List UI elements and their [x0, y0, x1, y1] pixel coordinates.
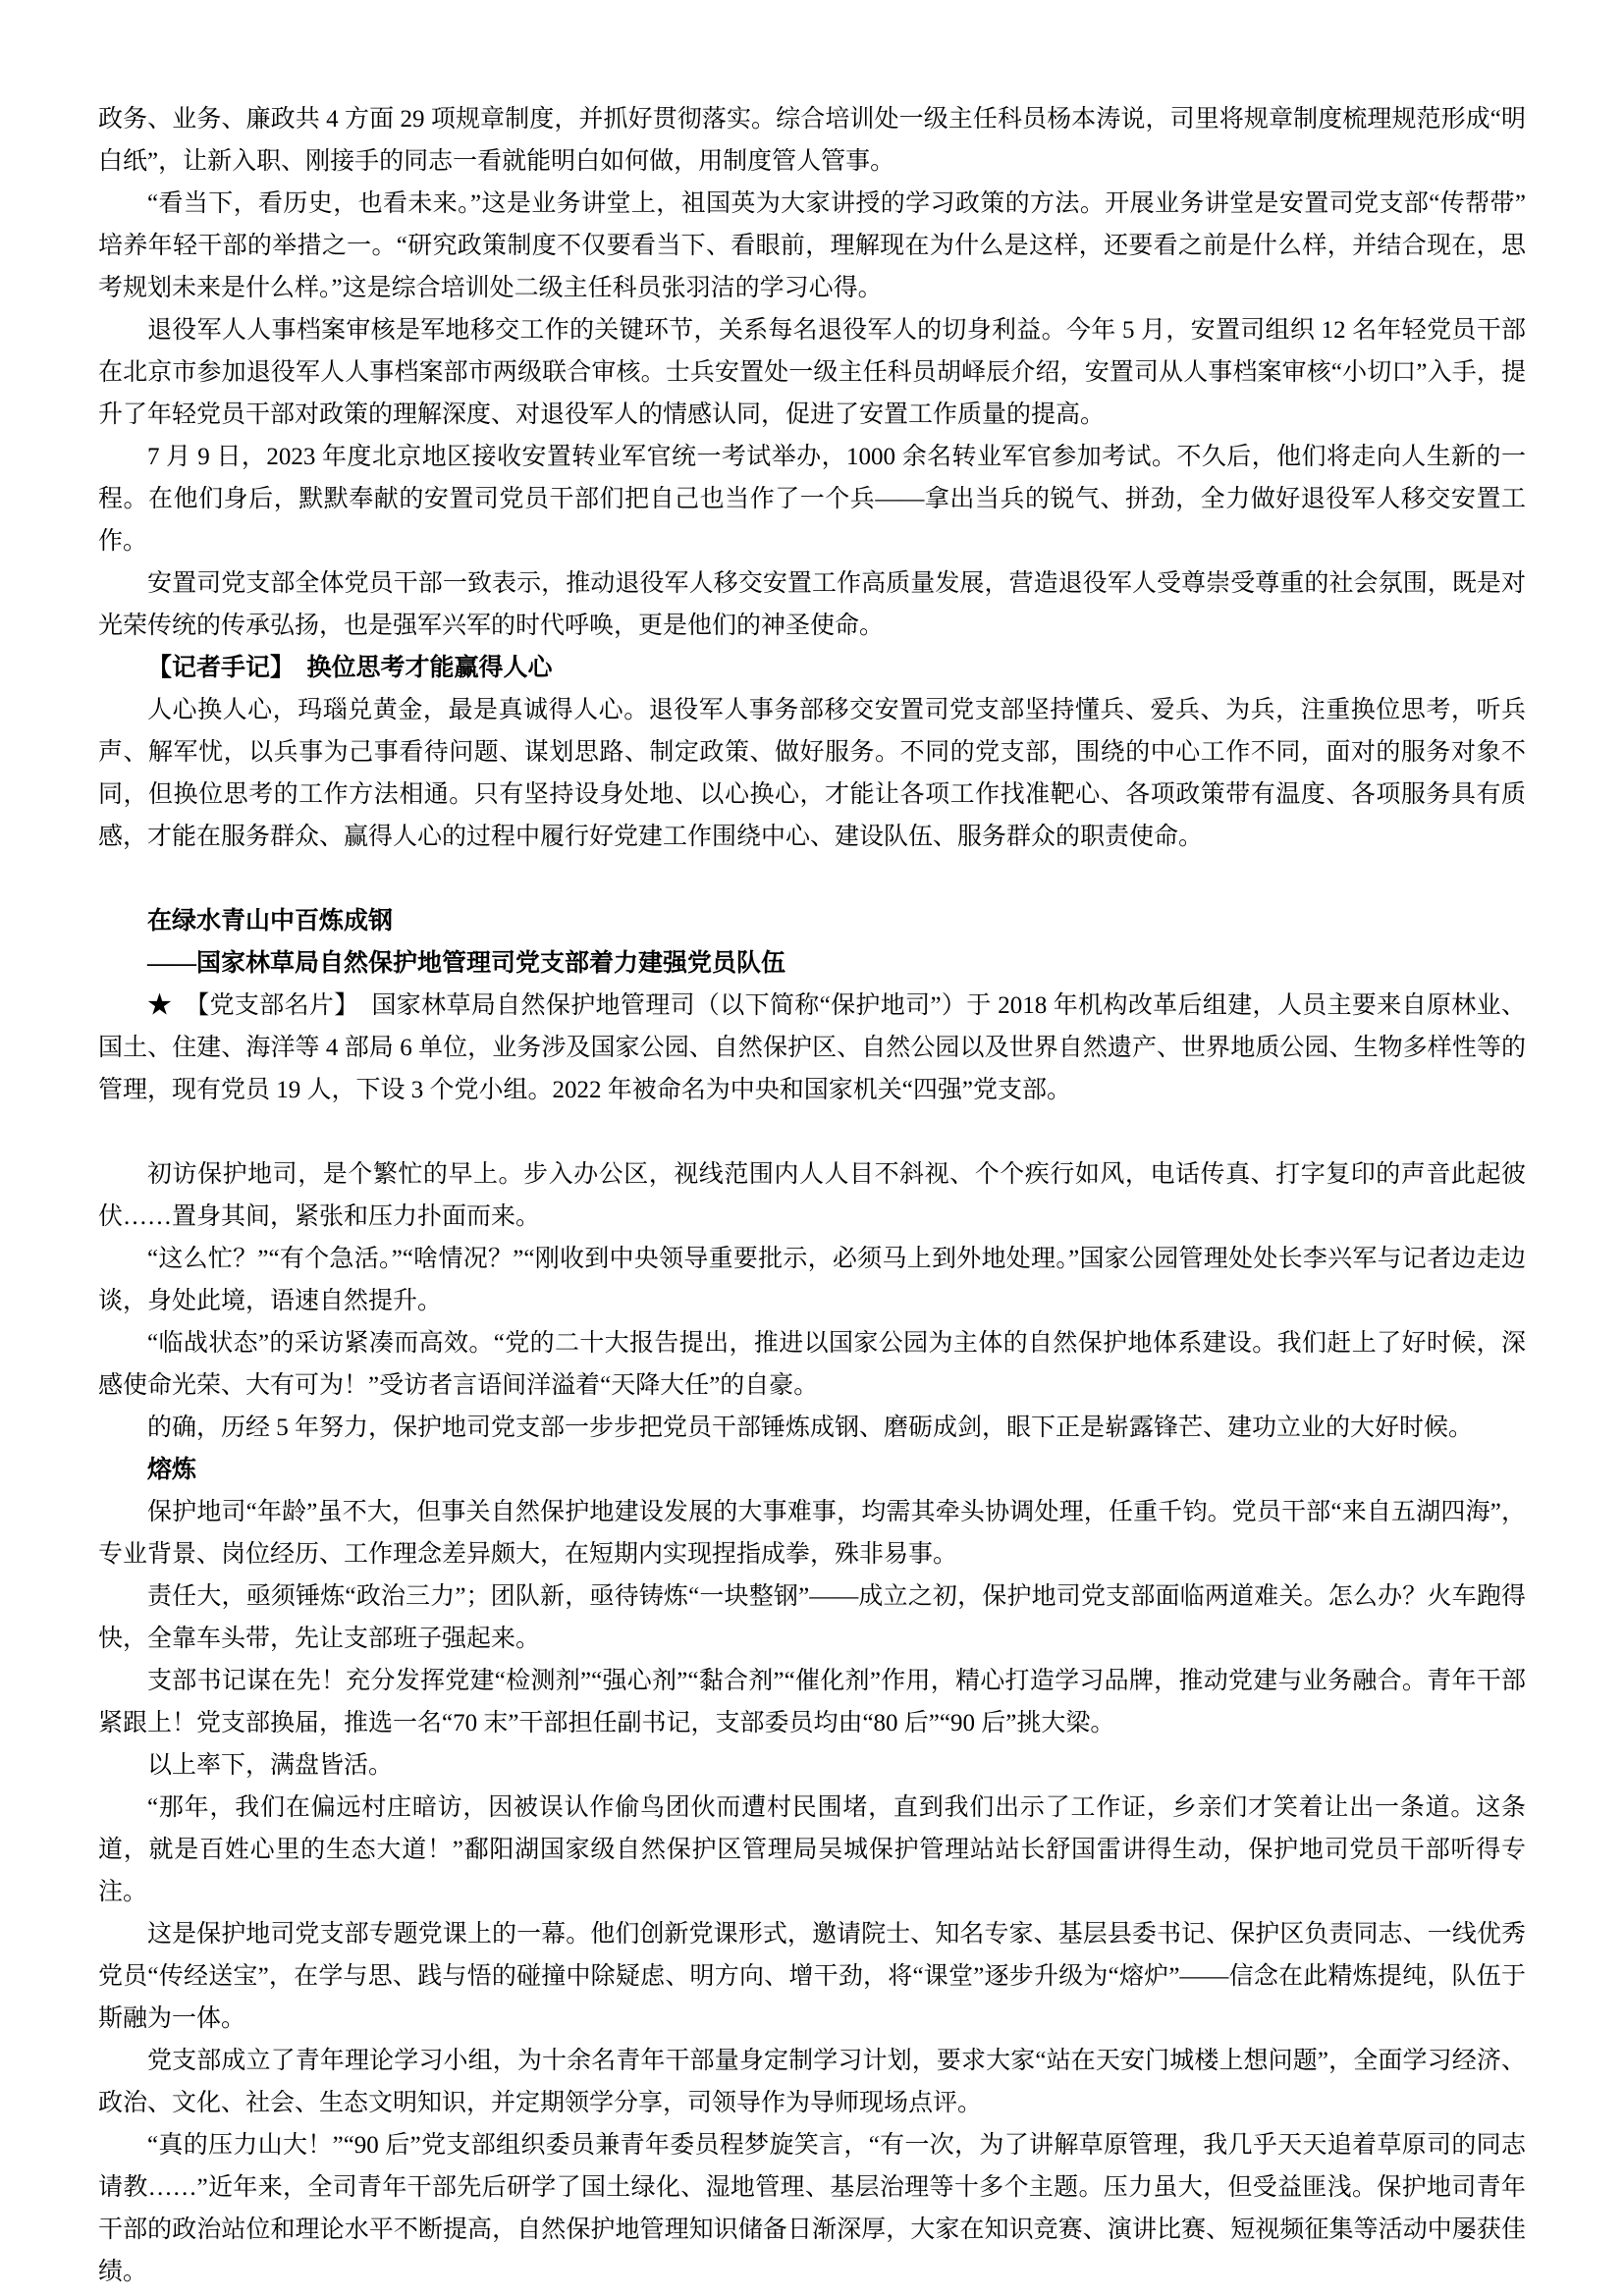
body-paragraph: 的确，历经 5 年努力，保护地司党支部一步步把党员干部锤炼成钢、磨砺成剑，眼下正…: [98, 1407, 1526, 1449]
body-paragraph: 初访保护地司，是个繁忙的早上。步入办公区，视线范围内人人目不斜视、个个疾行如风，…: [98, 1153, 1526, 1238]
party-branch-profile: ★ 【党支部名片】 国家林草局自然保护地管理司（以下简称“保护地司”）于 201…: [98, 985, 1526, 1111]
body-paragraph: 退役军人人事档案审核是军地移交工作的关键环节，关系每名退役军人的切身利益。今年 …: [98, 309, 1526, 436]
body-paragraph: 政务、业务、廉政共 4 方面 29 项规章制度，并抓好贯彻落实。综合培训处一级主…: [98, 98, 1526, 183]
body-paragraph: 党支部成立了青年理论学习小组，为十余名青年干部量身定制学习计划，要求大家“站在天…: [98, 2040, 1526, 2124]
document-page: 政务、业务、廉政共 4 方面 29 项规章制度，并抓好贯彻落实。综合培训处一级主…: [0, 0, 1624, 2296]
body-paragraph: “这么忙？”“有个急活。”“啥情况？”“刚收到中央领导重要批示，必须马上到外地处…: [98, 1238, 1526, 1322]
body-paragraph: 保护地司“年龄”虽不大，但事关自然保护地建设发展的大事难事，均需其牵头协调处理，…: [98, 1491, 1526, 1575]
reporter-notes-paragraph: 人心换人心，玛瑙兑黄金，最是真诚得人心。退役军人事务部移交安置司党支部坚持懂兵、…: [98, 689, 1526, 858]
reporter-notes-heading: 【记者手记】 换位思考才能赢得人心: [98, 647, 1526, 689]
body-paragraph: 支部书记谋在先！充分发挥党建“检测剂”“强心剂”“黏合剂”“催化剂”作用，精心打…: [98, 1660, 1526, 1744]
body-paragraph: “临战状态”的采访紧凑而高效。“党的二十大报告提出，推进以国家公园为主体的自然保…: [98, 1322, 1526, 1407]
body-paragraph: 这是保护地司党支部专题党课上的一幕。他们创新党课形式，邀请院士、知名专家、基层县…: [98, 1913, 1526, 2040]
body-paragraph: 安置司党支部全体党员干部一致表示，推动退役军人移交安置工作高质量发展，营造退役军…: [98, 562, 1526, 647]
article-title: 在绿水青山中百炼成钢: [98, 900, 1526, 942]
body-paragraph: 7 月 9 日，2023 年度北京地区接收安置转业军官统一考试举办，1000 余…: [98, 436, 1526, 562]
body-paragraph: 责任大，亟须锤炼“政治三力”；团队新，亟待铸炼“一块整钢”——成立之初，保护地司…: [98, 1575, 1526, 1660]
body-paragraph: “看当下，看历史，也看未来。”这是业务讲堂上，祖国英为大家讲授的学习政策的方法。…: [98, 183, 1526, 309]
body-paragraph: “那年，我们在偏远村庄暗访，因被误认作偷鸟团伙而遭村民围堵，直到我们出示了工作证…: [98, 1787, 1526, 1913]
body-paragraph: “真的压力山大！”“90 后”党支部组织委员兼青年委员程梦旋笑言，“有一次，为了…: [98, 2124, 1526, 2293]
body-paragraph: 以上率下，满盘皆活。: [98, 1744, 1526, 1787]
section-heading-ronglian: 熔炼: [98, 1449, 1526, 1491]
article-subtitle: ——国家林草局自然保护地管理司党支部着力建强党员队伍: [98, 942, 1526, 985]
